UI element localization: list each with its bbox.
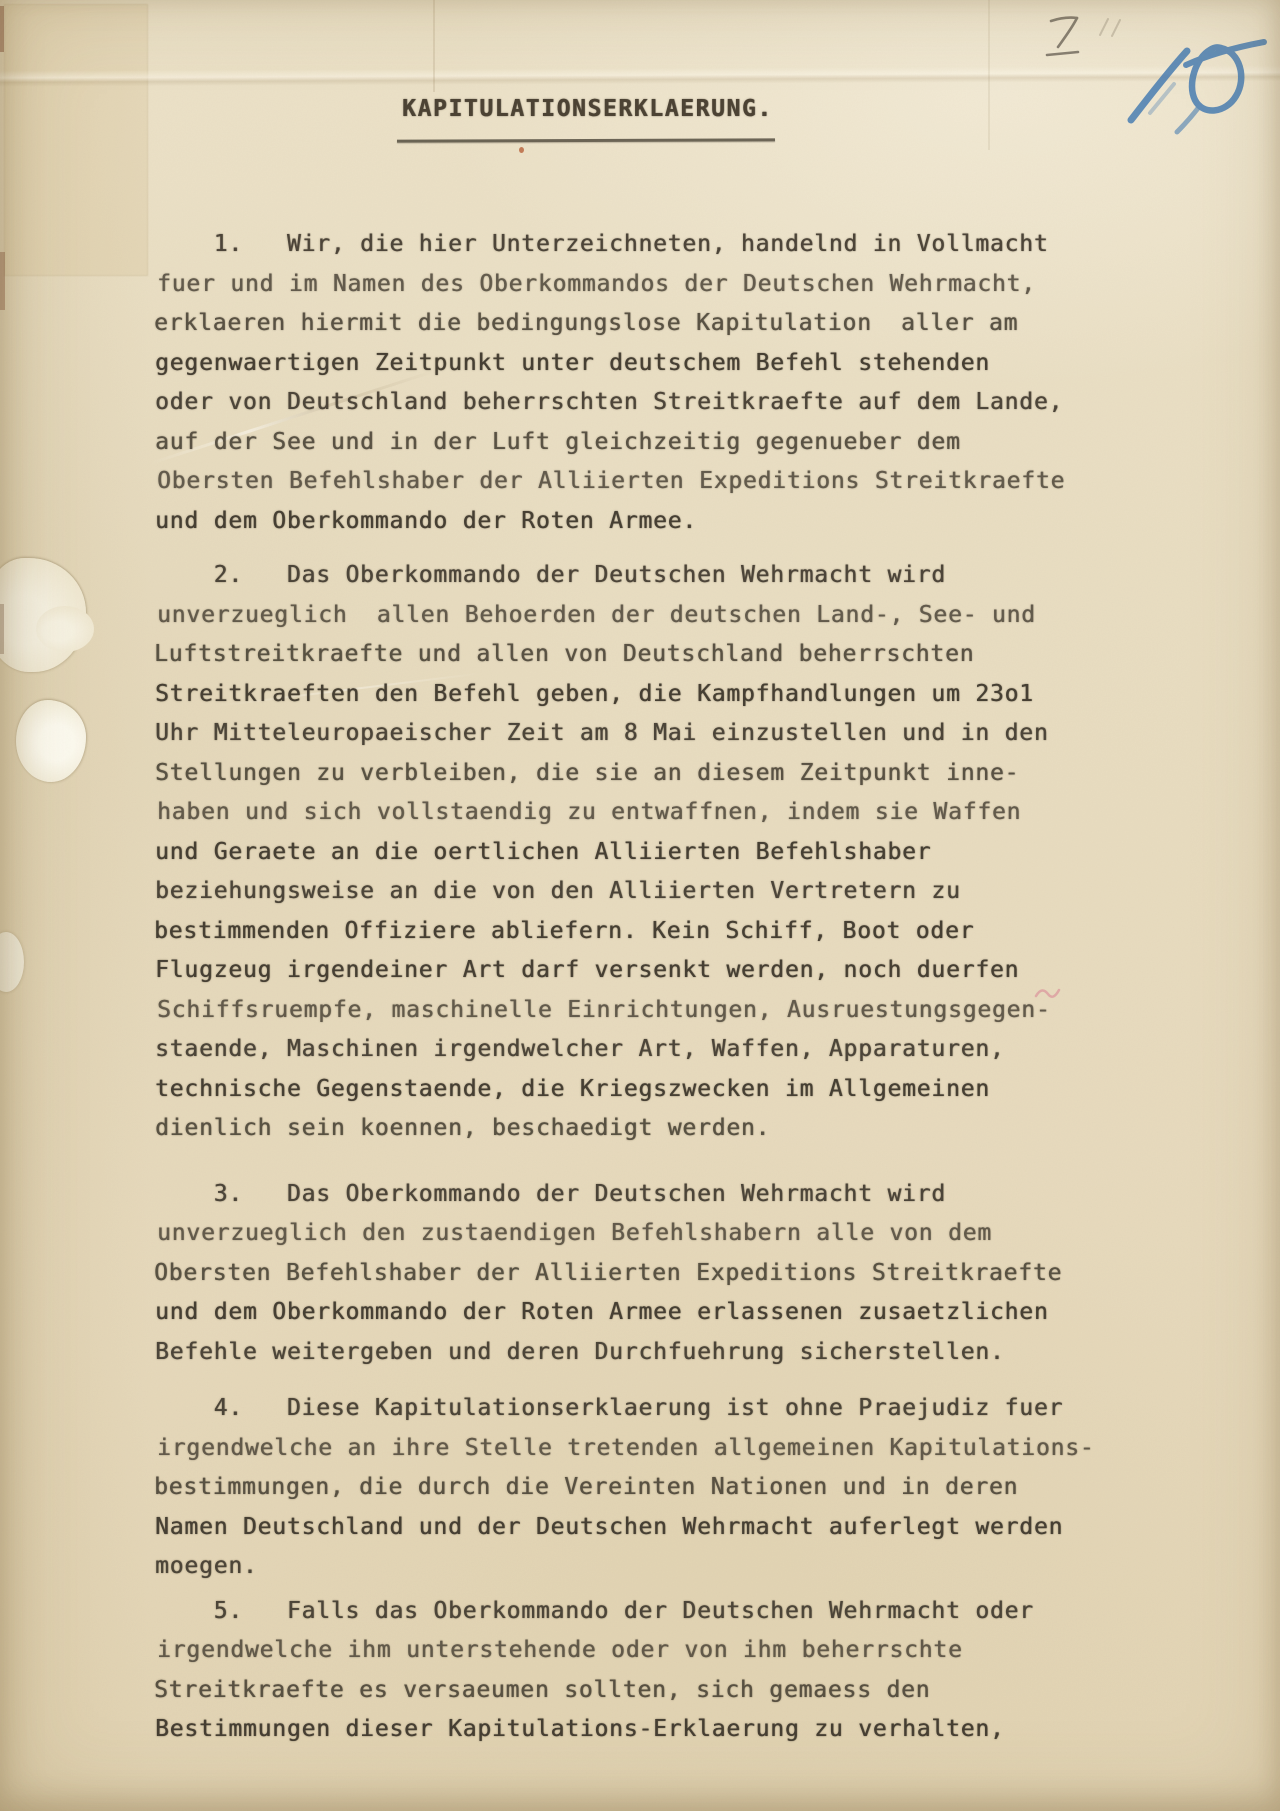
text-line: 1. Wir, die hier Unterzeichneten, handel… (155, 225, 1145, 265)
text-line: haben und sich vollstaendig zu entwaffne… (157, 793, 1147, 833)
text-line: Befehle weitergeben und deren Durchfuehr… (155, 1333, 1145, 1373)
text-line: moegen. (155, 1547, 1145, 1587)
text-line: unverzueglich allen Behoerden der deutsc… (157, 596, 1147, 636)
edge-mark (0, 6, 4, 52)
text-line: oder von Deutschland beherrschten Streit… (155, 383, 1145, 423)
text-line: Flugzeug irgendeiner Art darf versenkt w… (155, 951, 1145, 991)
title-underline (397, 138, 775, 142)
text-line: bestimmenden Offiziere abliefern. Kein S… (154, 912, 1144, 952)
text-line: Streitkraeften den Befehl geben, die Kam… (155, 675, 1145, 715)
edge-mark (0, 252, 5, 310)
paper-patch (4, 4, 148, 276)
edge-mark (0, 604, 4, 654)
ink-speck (519, 147, 524, 153)
paragraph-3: 3. Das Oberkommando der Deutschen Wehrma… (155, 1175, 1145, 1373)
paragraph-1: 1. Wir, die hier Unterzeichneten, handel… (155, 225, 1145, 541)
text-line: irgendwelche ihm unterstehende oder von … (157, 1631, 1147, 1671)
document-title: KAPITULATIONSERKLAERUNG. (402, 96, 773, 122)
title-text: KAPITULATIONSERKLAERUNG. (402, 96, 773, 122)
text-line: beziehungsweise an die von den Alliierte… (155, 872, 1145, 912)
text-line: Obersten Befehlshaber der Alliierten Exp… (157, 462, 1147, 502)
text-line: Bestimmungen dieser Kapitulations-Erklae… (155, 1710, 1145, 1750)
text-line: bestimmungen, die durch die Vereinten Na… (154, 1468, 1144, 1508)
text-line: und dem Oberkommando der Roten Armee. (155, 502, 1145, 542)
text-line: irgendwelche an ihre Stelle tretenden al… (157, 1429, 1147, 1469)
damage-blob (0, 932, 24, 992)
text-line: gegenwaertigen Zeitpunkt unter deutschem… (155, 344, 1145, 384)
damage-blob (0, 558, 86, 672)
damage-blob (16, 700, 86, 782)
text-line: Stellungen zu verbleiben, die sie an die… (155, 754, 1145, 794)
text-line: 2. Das Oberkommando der Deutschen Wehrma… (155, 556, 1145, 596)
text-line: 5. Falls das Oberkommando der Deutschen … (155, 1592, 1145, 1632)
text-line: 4. Diese Kapitulationserklaerung ist ohn… (155, 1389, 1145, 1429)
text-line: unverzueglich den zustaendigen Befehlsha… (157, 1214, 1147, 1254)
text-line: Uhr Mitteleuropaeischer Zeit am 8 Mai ei… (155, 714, 1145, 754)
text-line: und dem Oberkommando der Roten Armee erl… (155, 1293, 1145, 1333)
text-line: fuer und im Namen des Oberkommandos der … (157, 265, 1147, 305)
paragraph-2: 2. Das Oberkommando der Deutschen Wehrma… (155, 556, 1145, 1149)
paper-crease (0, 65, 1280, 87)
text-line: auf der See und in der Luft gleichzeitig… (155, 423, 1145, 463)
text-line: staende, Maschinen irgendwelcher Art, Wa… (155, 1030, 1145, 1070)
paper-crease (433, 0, 435, 92)
document-page: KAPITULATIONSERKLAERUNG. 1. Wir, die hie… (0, 0, 1280, 1811)
paragraph-4: 4. Diese Kapitulationserklaerung ist ohn… (155, 1389, 1145, 1587)
text-line: und Geraete an die oertlichen Alliierten… (155, 833, 1145, 873)
text-line: Obersten Befehlshaber der Alliierten Exp… (154, 1254, 1144, 1294)
blue-crayon-number (1131, 42, 1264, 132)
damage-blob (36, 606, 94, 652)
text-line: dienlich sein koennen, beschaedigt werde… (155, 1109, 1145, 1149)
text-line: Streitkraefte es versaeumen sollten, sic… (154, 1671, 1144, 1711)
paper-shading-band (0, 0, 152, 1811)
text-line: Luftstreitkraefte und allen von Deutschl… (154, 635, 1144, 675)
text-line: Namen Deutschland und der Deutschen Wehr… (155, 1508, 1145, 1548)
text-line: 3. Das Oberkommando der Deutschen Wehrma… (155, 1175, 1145, 1215)
faint-pencil-marks (1100, 19, 1120, 36)
document-body: 1. Wir, die hier Unterzeichneten, handel… (155, 225, 1145, 1750)
text-line: Schiffsruempfe, maschinelle Einrichtunge… (157, 991, 1147, 1031)
paper-crease (988, 0, 990, 150)
pencil-page-number (1047, 18, 1078, 55)
text-line: technische Gegenstaende, die Kriegszweck… (155, 1070, 1145, 1110)
text-line: erklaeren hiermit die bedingungslose Kap… (154, 304, 1144, 344)
paragraph-5: 5. Falls das Oberkommando der Deutschen … (155, 1592, 1145, 1750)
